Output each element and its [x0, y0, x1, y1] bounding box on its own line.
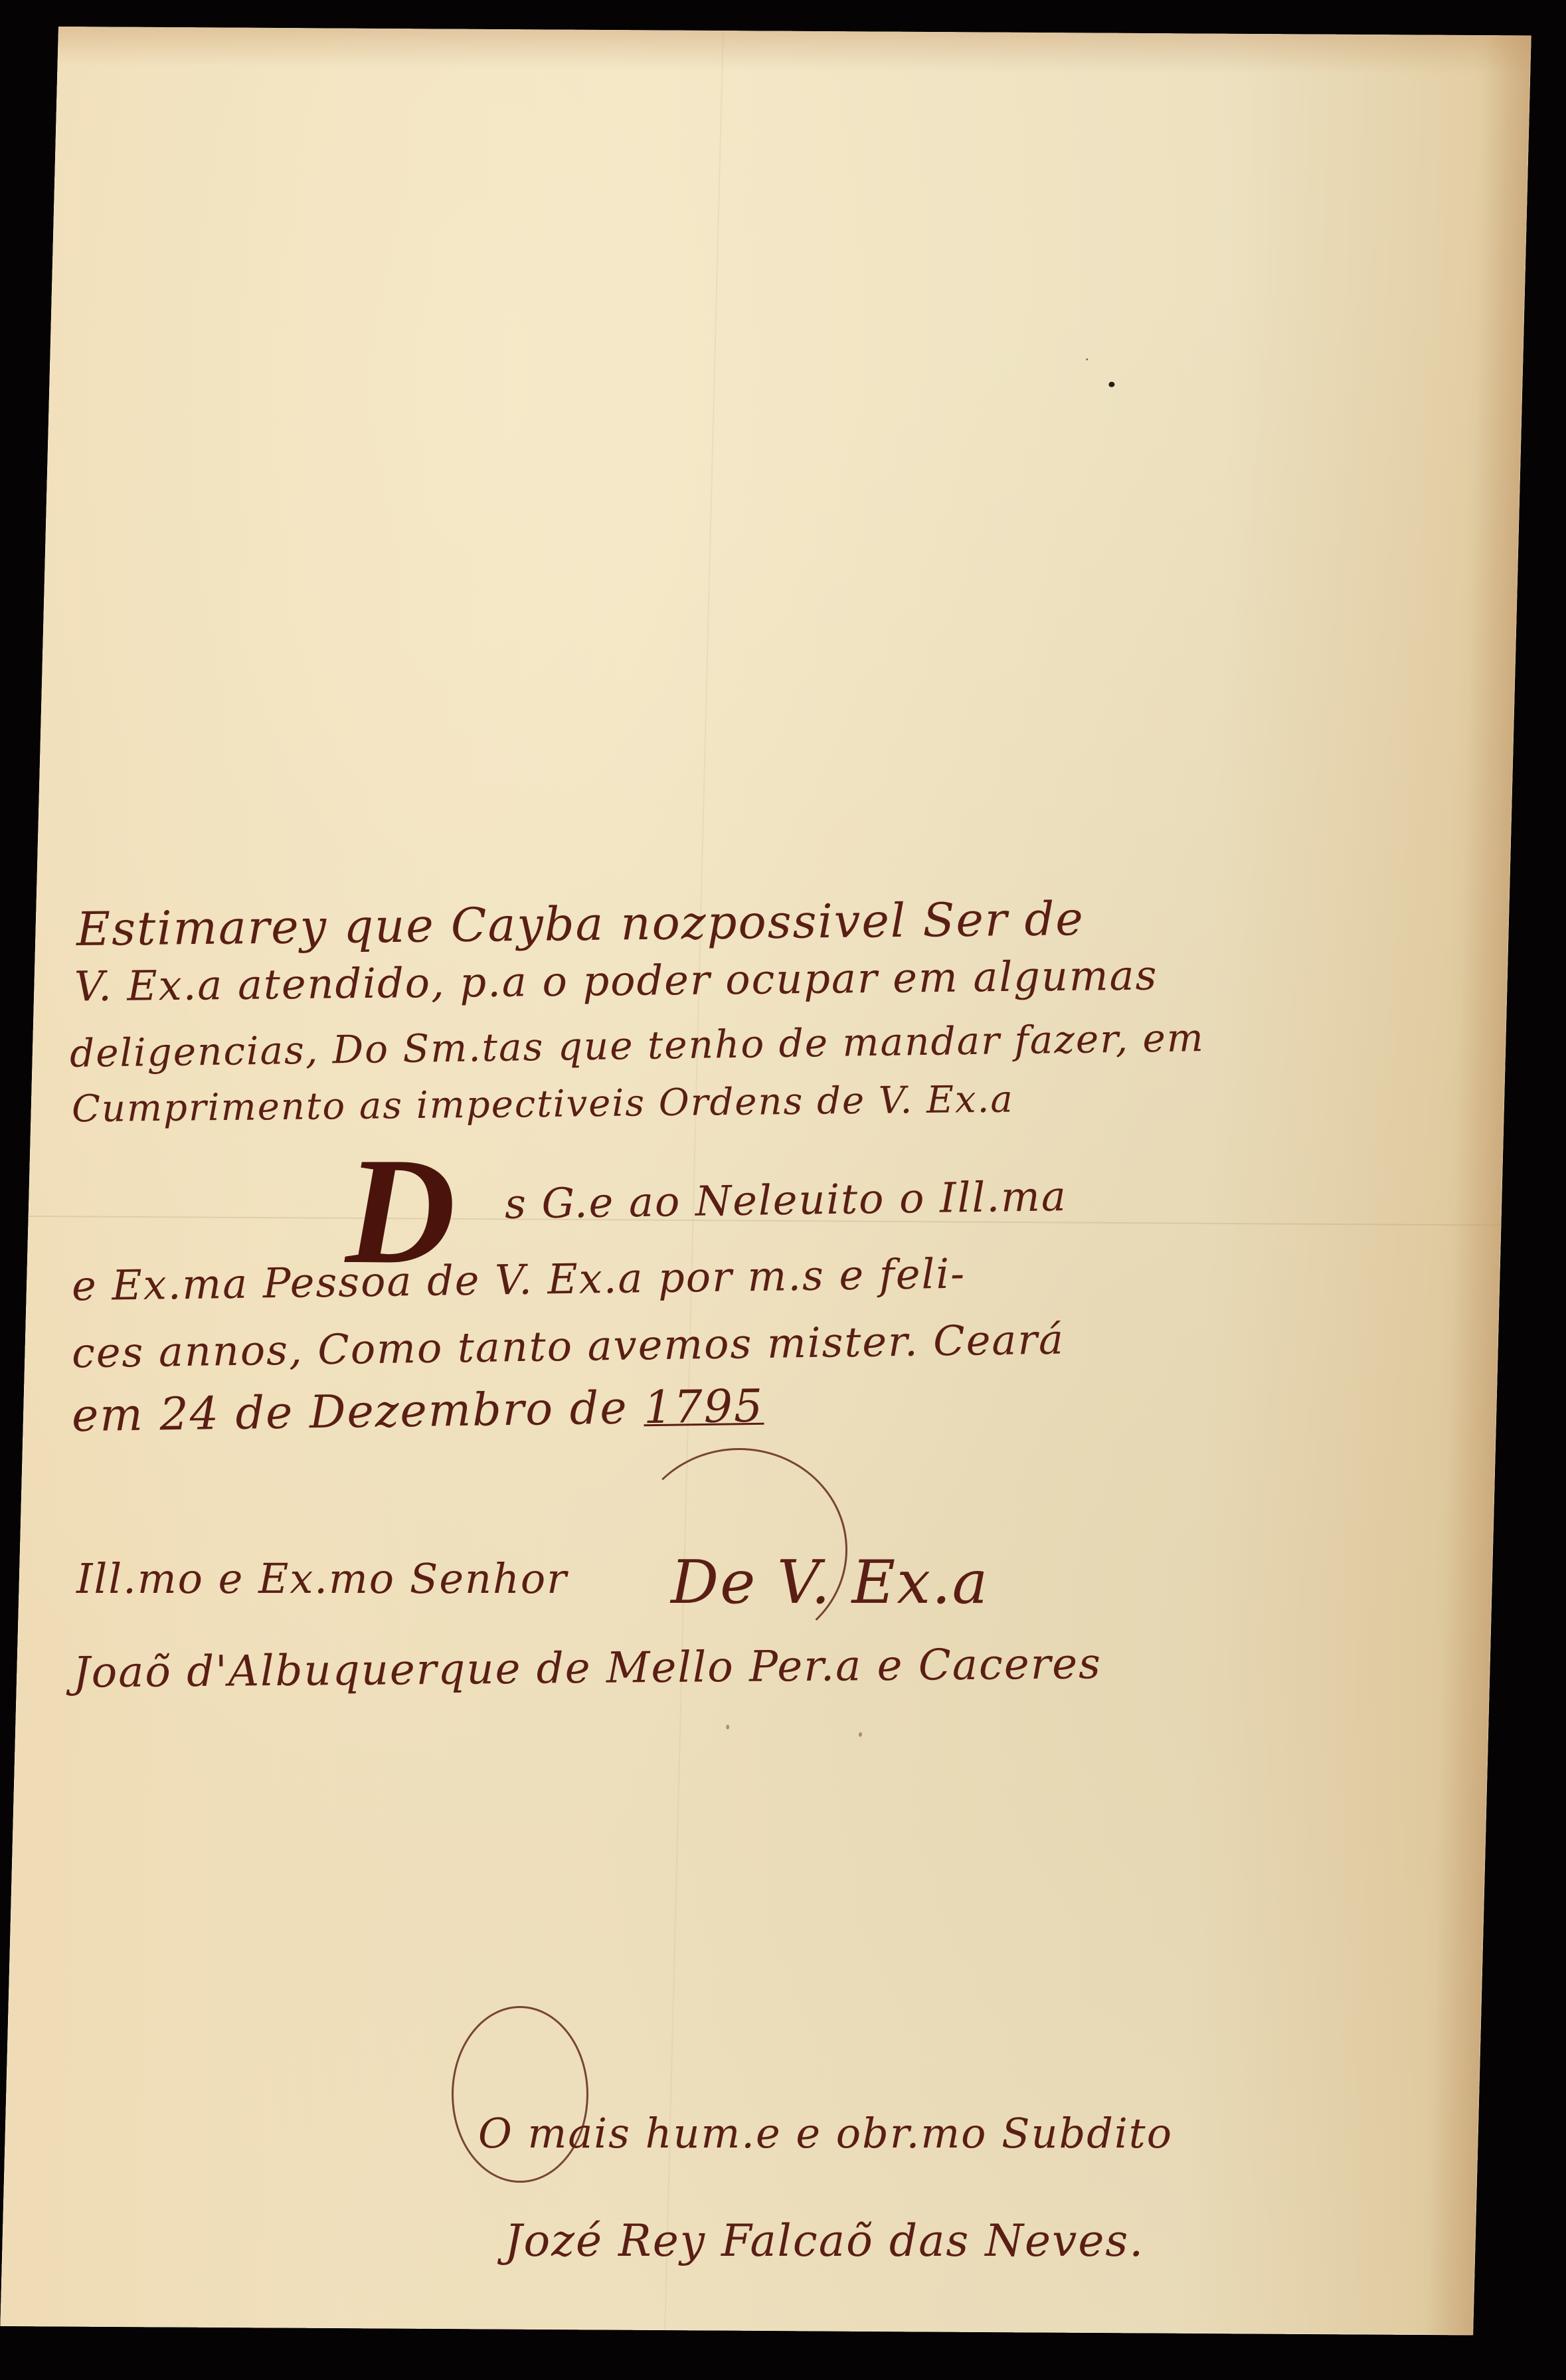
ink-spot	[726, 1724, 729, 1729]
ink-spot	[1086, 359, 1088, 361]
date-text: em 24 de Dezembro de	[71, 1382, 628, 1443]
salutation: Ill.mo e Ex.mo Senhor	[76, 1554, 568, 1603]
ink-spot	[1108, 382, 1114, 387]
date-year: 1795	[644, 1380, 764, 1435]
of-your-excellency: De V. Ex.a	[671, 1548, 989, 1617]
paper-stain-right	[1427, 35, 1531, 2335]
closing-line-1: s G.e ao Neleuito o Ill.ma	[505, 1172, 1068, 1228]
closing-line-4-date: em 24 de Dezembro de 1795	[71, 1380, 764, 1443]
signature-line-1: O mais hum.e e obr.mo Subdito	[478, 2109, 1173, 2157]
signature-line-2: Jozé Rey Falcaõ das Neves.	[505, 2215, 1144, 2266]
paper-stain-top	[57, 27, 1531, 76]
ink-spot	[859, 1732, 862, 1737]
recipient-name: Joaõ d'Albuquerque de Mello Per.a e Cace…	[73, 1639, 1102, 1698]
body-line-1: Estimarey que Cayba nozpossivel Ser de	[76, 891, 1085, 957]
